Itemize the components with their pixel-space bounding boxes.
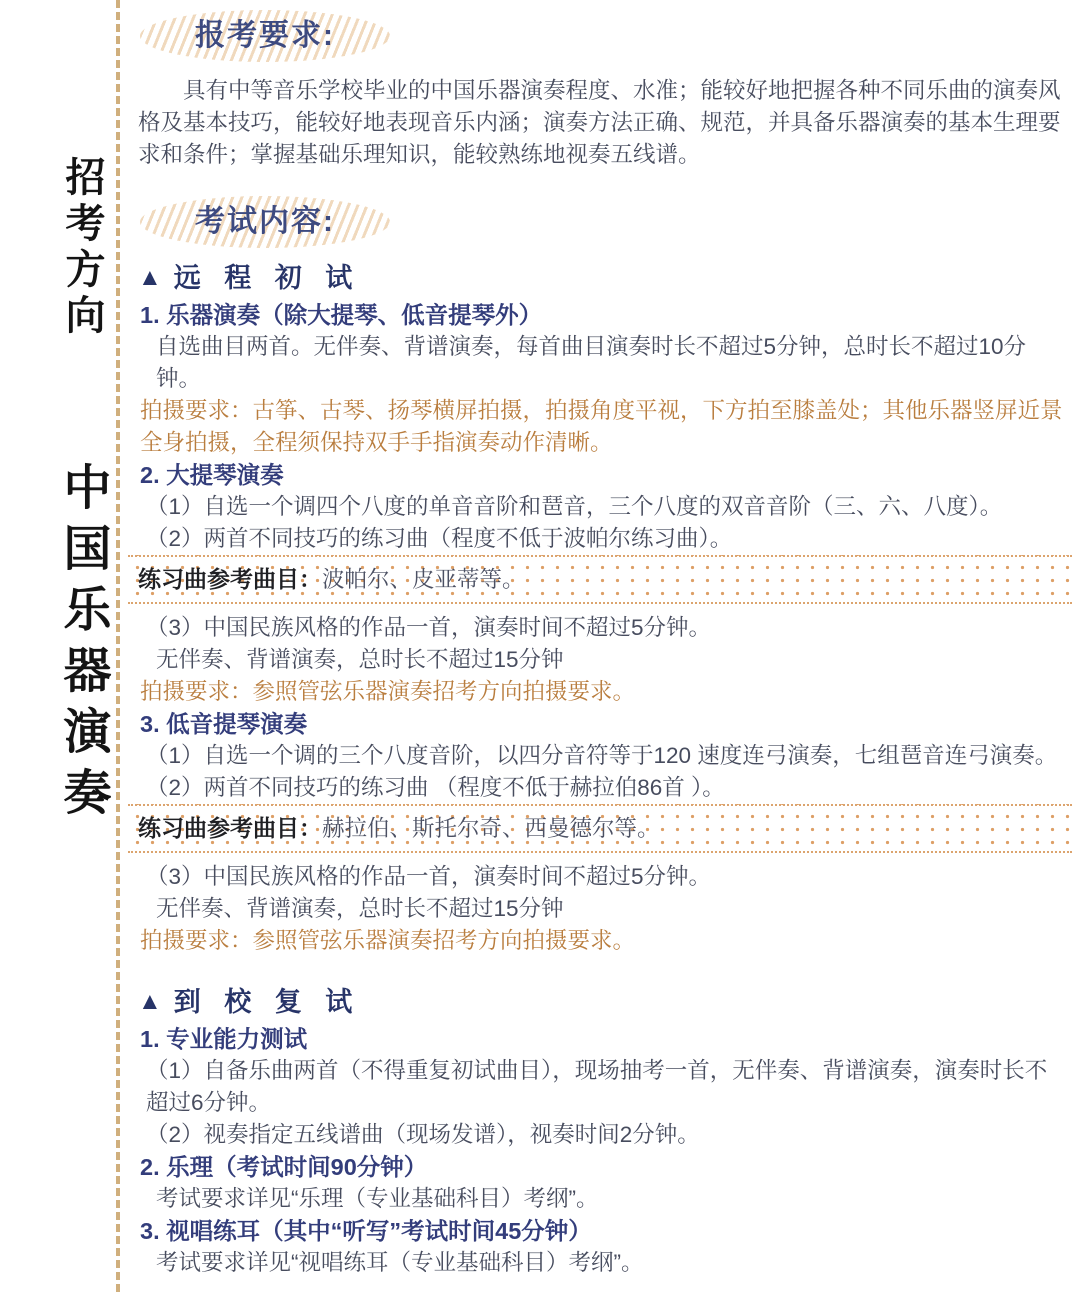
remote-exam-title: ▲ 远 程 初 试 <box>138 261 1068 295</box>
bass-point3-note: 无伴奏、背谱演奏，总时长不超过15分钟 <box>138 893 1068 925</box>
ear-training-body: 考试要求详见“视唱练耳（专业基础科目）考纲”。 <box>138 1247 1068 1279</box>
ability-test-point1: （1）自备乐曲两首（不得重复初试曲目），现场抽考一首，无伴奏、背谱演奏，演奏时长… <box>138 1055 1068 1119</box>
triangle-icon: ▲ <box>138 261 162 295</box>
requirements-header: 报考要求: <box>140 10 390 62</box>
cello-point3: （3）中国民族风格的作品一首，演奏时间不超过5分钟。 <box>138 612 1068 644</box>
cello-reference-value: 波帕尔、皮亚蒂等。 <box>322 567 525 592</box>
cello-point3-note: 无伴奏、背谱演奏，总时长不超过15分钟 <box>138 644 1068 676</box>
ability-test-title: 1. 专业能力测试 <box>138 1023 1068 1055</box>
requirements-body: 具有中等音乐学校毕业的中国乐器演奏程度、水准；能较好地把握各种不同乐曲的演奏风格… <box>138 75 1068 171</box>
bass-point2: （2）两首不同技巧的练习曲 （程度不低于赫拉伯86首 ）。 <box>138 772 1068 804</box>
triangle-icon: ▲ <box>138 985 162 1019</box>
main-content: 报考要求: 具有中等音乐学校毕业的中国乐器演奏程度、水准；能较好地把握各种不同乐… <box>138 10 1068 1279</box>
theory-title: 2. 乐理（考试时间90分钟） <box>138 1151 1068 1183</box>
bass-reference-label: 练习曲参考曲目： <box>138 815 322 841</box>
cello-shooting-note: 拍摄要求：参照管弦乐器演奏招考方向拍摄要求。 <box>138 676 1068 708</box>
cello-point2: （2）两首不同技巧的练习曲（程度不低于波帕尔练习曲）。 <box>138 523 1068 555</box>
ability-test-point2: （2）视奏指定五线谱曲（现场发谱），视奏时间2分钟。 <box>138 1119 1068 1151</box>
ear-training-title: 3. 视唱练耳（其中“听写”考试时间45分钟） <box>138 1215 1068 1247</box>
cello-reference-label: 练习曲参考曲目： <box>138 566 322 592</box>
onsite-exam-title: ▲ 到 校 复 试 <box>138 985 1068 1019</box>
bass-shooting-note: 拍摄要求：参照管弦乐器演奏招考方向拍摄要求。 <box>138 925 1068 957</box>
exam-content-header-label: 考试内容: <box>195 206 335 238</box>
cello-title: 2. 大提琴演奏 <box>138 459 1068 491</box>
remote-item1-title: 1. 乐器演奏（除大提琴、低音提琴外） <box>138 299 1068 331</box>
onsite-exam-title-label: 到 校 复 试 <box>174 985 361 1019</box>
remote-exam-title-label: 远 程 初 试 <box>174 261 361 295</box>
bass-point1: （1）自选一个调的三个八度音阶，以四分音符等于120 速度连弓演奏，七组琶音连弓… <box>138 740 1068 772</box>
bass-reference-value: 赫拉伯、斯托尔奇、西曼德尔等。 <box>322 816 660 841</box>
remote-item1-body: 自选曲目两首。无伴奏、背谱演奏，每首曲目演奏时长不超过5分钟，总时长不超过10分… <box>138 331 1068 395</box>
bass-point3: （3）中国民族风格的作品一首，演奏时间不超过5分钟。 <box>138 861 1068 893</box>
cello-reference-band: 练习曲参考曲目：波帕尔、皮亚蒂等。 <box>128 555 1072 604</box>
sidebar-major-label: 中国乐器演奏 <box>48 462 117 828</box>
theory-body: 考试要求详见“乐理（专业基础科目）考纲”。 <box>138 1183 1068 1215</box>
exam-content-header: 考试内容: <box>140 196 390 248</box>
bass-reference-band: 练习曲参考曲目：赫拉伯、斯托尔奇、西曼德尔等。 <box>128 804 1072 853</box>
remote-item1-shooting-note: 拍摄要求：古筝、古琴、扬琴横屏拍摄，拍摄角度平视，下方拍至膝盖处；其他乐器竖屏近… <box>138 395 1068 459</box>
cello-point1: （1）自选一个调四个八度的单音音阶和琶音，三个八度的双音音阶（三、六、八度）。 <box>138 491 1068 523</box>
sidebar-direction-label: 招考方向 <box>54 156 111 340</box>
bass-title: 3. 低音提琴演奏 <box>138 708 1068 740</box>
requirements-header-label: 报考要求: <box>195 20 335 52</box>
